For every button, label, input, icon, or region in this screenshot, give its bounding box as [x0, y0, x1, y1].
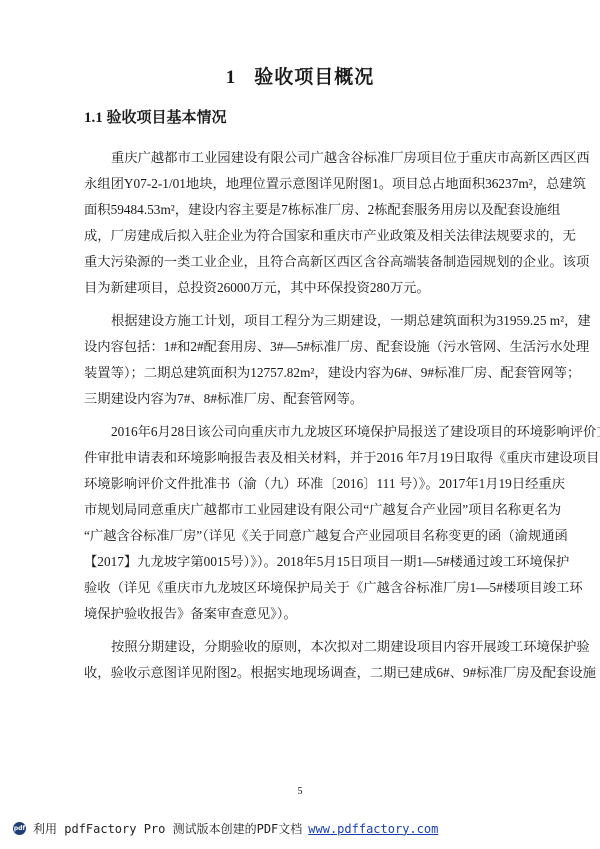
text-line: 根据建设方施工计划，项目工程分为三期建设，一期总建筑面积为31959.25 m²…: [84, 308, 526, 334]
text-line: 收，验收示意图详见附图2。根据实地现场调查，二期已建成6#、9#标准厂房及配套设…: [84, 660, 526, 686]
section-title: 1.1 验收项目基本情况: [84, 106, 227, 127]
chapter-title-text: 验收项目概况: [254, 67, 374, 88]
text-line: 按照分期建设，分期验收的原则，本次拟对二期建设项目内容开展竣工环境保护验: [84, 634, 526, 660]
text-line: 【2017】九龙坡字第0015号）》）。2018年5月15日项目一期1—5#楼通…: [84, 549, 526, 575]
pdf-logo-icon: pdf: [13, 822, 26, 835]
paragraph-3: 2016年6月28日该公司向重庆市九龙坡区环境保护局报送了建设项目的环境影响评价…: [84, 419, 526, 627]
text-line: 面积59484.53m²，建设内容主要是7栋标准厂房、2栋配套服务用房以及配套设…: [84, 197, 526, 223]
pdffactory-link[interactable]: www.pdffactory.com: [308, 822, 438, 836]
text-line: 永组团Y07-2-1/01地块，地理位置示意图详见附图1。项目总占地面积3623…: [84, 171, 526, 197]
text-line: 装置等）；二期总建筑面积为12757.82m²，建设内容为6#、9#标准厂房、配…: [84, 360, 526, 386]
text-line: 重庆广越都市工业园建设有限公司广越含谷标准厂房项目位于重庆市高新区西区西: [84, 145, 526, 171]
text-line: 设内容包括：1#和2#配套用房、3#—5#标准厂房、配套设施（污水管网、生活污水…: [84, 334, 526, 360]
paragraph-2: 根据建设方施工计划，项目工程分为三期建设，一期总建筑面积为31959.25 m²…: [84, 308, 526, 412]
text-line: 市规划局同意重庆广越都市工业园建设有限公司“广越复合产业园”项目名称更名为: [84, 497, 526, 523]
text-line: “广越含谷标准厂房”（详见《关于同意广越复合产业园项目名称变更的函（渝规通函: [84, 523, 526, 549]
text-line: 验收（详见《重庆市九龙坡区环境保护局关于《广越含谷标准厂房1—5#楼项目竣工环: [84, 575, 526, 601]
text-line: 成，厂房建成后拟入驻企业为符合国家和重庆市产业政策及相关法律法规要求的，无: [84, 223, 526, 249]
text-line: 件审批申请表和环境影响报告表及相关材料，并于2016 年7月19日取得《重庆市建…: [84, 445, 526, 471]
pdf-watermark-footer: pdf 利用 pdfFactory Pro 测试版本创建的PDF文档 www.p…: [13, 820, 438, 837]
text-line: 境保护验收报告》备案审查意见》）。: [84, 601, 526, 627]
paragraph-1: 重庆广越都市工业园建设有限公司广越含谷标准厂房项目位于重庆市高新区西区西 永组团…: [84, 145, 526, 301]
text-line: 目为新建项目，总投资26000万元，其中环保投资280万元。: [84, 275, 526, 301]
text-line: 重大污染源的一类工业企业，且符合高新区西区含谷高端装备制造园规划的企业。该项: [84, 249, 526, 275]
document-body: 重庆广越都市工业园建设有限公司广越含谷标准厂房项目位于重庆市高新区西区西 永组团…: [84, 145, 526, 686]
text-line: 三期建设内容为7#、8#标准厂房、配套管网等。: [84, 386, 526, 412]
footer-text: 利用 pdfFactory Pro 测试版本创建的PDF文档: [33, 820, 302, 837]
text-line: 环境影响评价文件批准书（渝（九）环准〔2016〕111 号）》。2017年1月1…: [84, 471, 526, 497]
text-line: 2016年6月28日该公司向重庆市九龙坡区环境保护局报送了建设项目的环境影响评价…: [84, 419, 526, 445]
chapter-number: 1: [226, 67, 237, 88]
chapter-title: 1验收项目概况: [0, 62, 600, 89]
document-page: 1验收项目概况 1.1 验收项目基本情况 重庆广越都市工业园建设有限公司广越含谷…: [0, 0, 600, 849]
page-number: 5: [0, 786, 600, 797]
paragraph-4: 按照分期建设，分期验收的原则，本次拟对二期建设项目内容开展竣工环境保护验 收，验…: [84, 634, 526, 686]
